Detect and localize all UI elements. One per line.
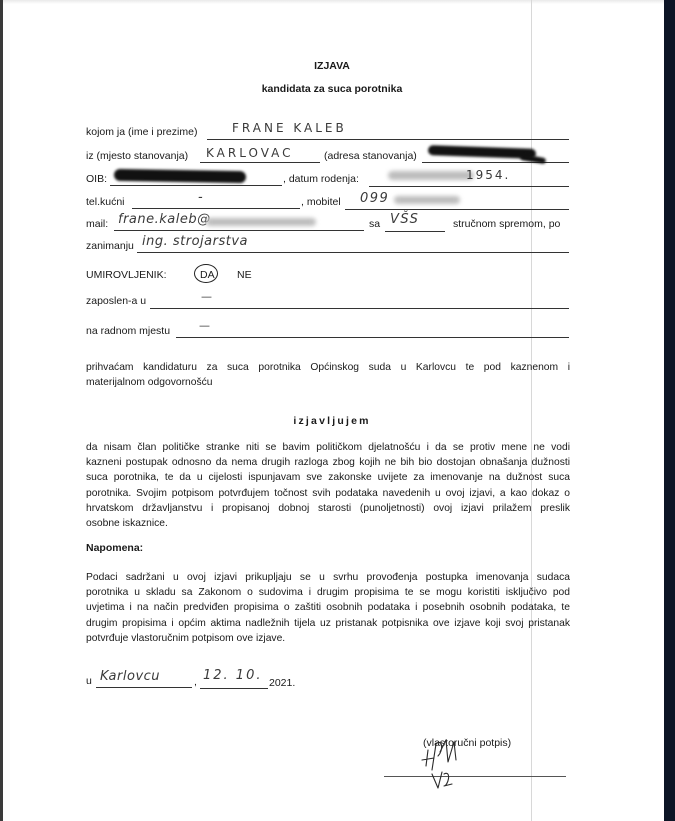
position-line (176, 337, 569, 338)
oib-label: OIB: (86, 173, 107, 185)
declare-heading: izjavljujem (0, 415, 664, 427)
scan-right-border (664, 0, 675, 821)
place-value[interactable]: Karlovcu (100, 669, 160, 684)
note-line: drugim propisima i općim aktima nadležni… (86, 616, 570, 631)
employed-label: zaposlen-a u (86, 295, 146, 307)
position-label: na radnom mjestu (86, 325, 170, 337)
home-phone-line (132, 208, 300, 209)
employed-value[interactable]: — (201, 290, 214, 303)
retired-option-ne[interactable]: NE (237, 269, 252, 281)
dob-label: , datum rodenja: (283, 173, 359, 185)
declaration-line: da nisam član političke stranke niti se … (86, 440, 570, 455)
place-line (96, 687, 192, 688)
mobile-label: , mobitel (301, 196, 341, 208)
dob-line (369, 186, 569, 187)
signature-scribble-icon[interactable] (418, 730, 468, 790)
residence-label: iz (mjesto stanovanja) (86, 150, 188, 162)
residence-value[interactable]: KARLOVAC (206, 146, 294, 160)
note-paragraph: Podaci sadržani u ovoj izjavi prikupljaj… (86, 570, 570, 646)
name-value[interactable]: FRANE KALEB (232, 121, 347, 135)
date-value[interactable]: 12. 10. (203, 668, 262, 683)
dob-redaction (388, 171, 474, 180)
place-comma: , (194, 676, 197, 688)
note-line: porotnika u skladu sa Zakonom o sudovima… (86, 585, 570, 600)
acceptance-paragraph: prihvaćam kandidaturu za suca porotnika … (86, 360, 570, 390)
year-label: 2021. (269, 677, 295, 689)
scan-fold-line (531, 0, 532, 821)
address-label: (adresa stanovanja) (324, 150, 417, 162)
name-label: kojom ja (ime i prezime) (86, 126, 197, 138)
declaration-line: hrvatskom državljanstvu i propisanoj dob… (86, 501, 570, 516)
signature-line (384, 776, 566, 777)
date-line (200, 688, 268, 689)
qualification-value[interactable]: VŠS (390, 212, 419, 227)
declaration-line: porotnika. Svojim potpisom potvrđujem to… (86, 486, 570, 501)
acceptance-line: materijalnom odgovornošću (86, 375, 570, 390)
retired-label: UMIROVLJENIK: (86, 269, 167, 281)
mobile-redaction (394, 196, 460, 204)
position-value[interactable]: — (199, 319, 212, 332)
qualification-line (385, 231, 445, 232)
note-heading: Napomena: (86, 542, 143, 554)
mail-label: mail: (86, 218, 108, 230)
note-line: uvjetima i na način predviđen propisima … (86, 600, 570, 615)
scan-left-edge (0, 0, 3, 821)
dob-year-value[interactable]: 1954. (466, 168, 510, 182)
name-line (207, 139, 569, 140)
mobile-line (345, 209, 569, 210)
mobile-value[interactable]: 099 (360, 191, 389, 206)
qualification-suffix: stručnom spremom, po (453, 218, 560, 230)
acceptance-line: prihvaćam kandidaturu za suca porotnika … (86, 360, 570, 375)
address-line (422, 162, 569, 163)
declaration-line: kazneni postupak odnosno da nema drugih … (86, 455, 570, 470)
document-title: IZJAVA (0, 60, 664, 72)
mail-redaction (206, 218, 316, 226)
declaration-line: suca porotnika, te da u cijelosti ispunj… (86, 470, 570, 485)
employed-line (150, 308, 569, 309)
note-line: potvrđuje vlastoručnim potpisom ove izja… (86, 631, 570, 646)
mail-value[interactable]: frane.kaleb@ (118, 212, 211, 227)
scan-top-shade (0, 0, 664, 4)
mail-line (114, 230, 364, 231)
note-line: Podaci sadržani u ovoj izjavi prikupljaj… (86, 570, 570, 585)
home-phone-label: tel.kućni (86, 196, 125, 208)
retired-selected-circle (194, 264, 218, 283)
occupation-label: zanimanju (86, 240, 134, 252)
occupation-value[interactable]: ing. strojarstva (142, 234, 248, 249)
home-phone-value[interactable]: - (198, 190, 204, 205)
place-prefix: u (86, 675, 92, 687)
declaration-paragraph: da nisam član političke stranke niti se … (86, 440, 570, 531)
declaration-line: osobne iskaznice. (86, 516, 570, 531)
oib-redaction (114, 169, 246, 183)
occupation-line (137, 252, 569, 253)
document-subtitle: kandidata za suca porotnika (0, 83, 664, 95)
oib-line (110, 185, 282, 186)
qualification-prefix: sa (369, 218, 380, 230)
residence-line (200, 162, 320, 163)
